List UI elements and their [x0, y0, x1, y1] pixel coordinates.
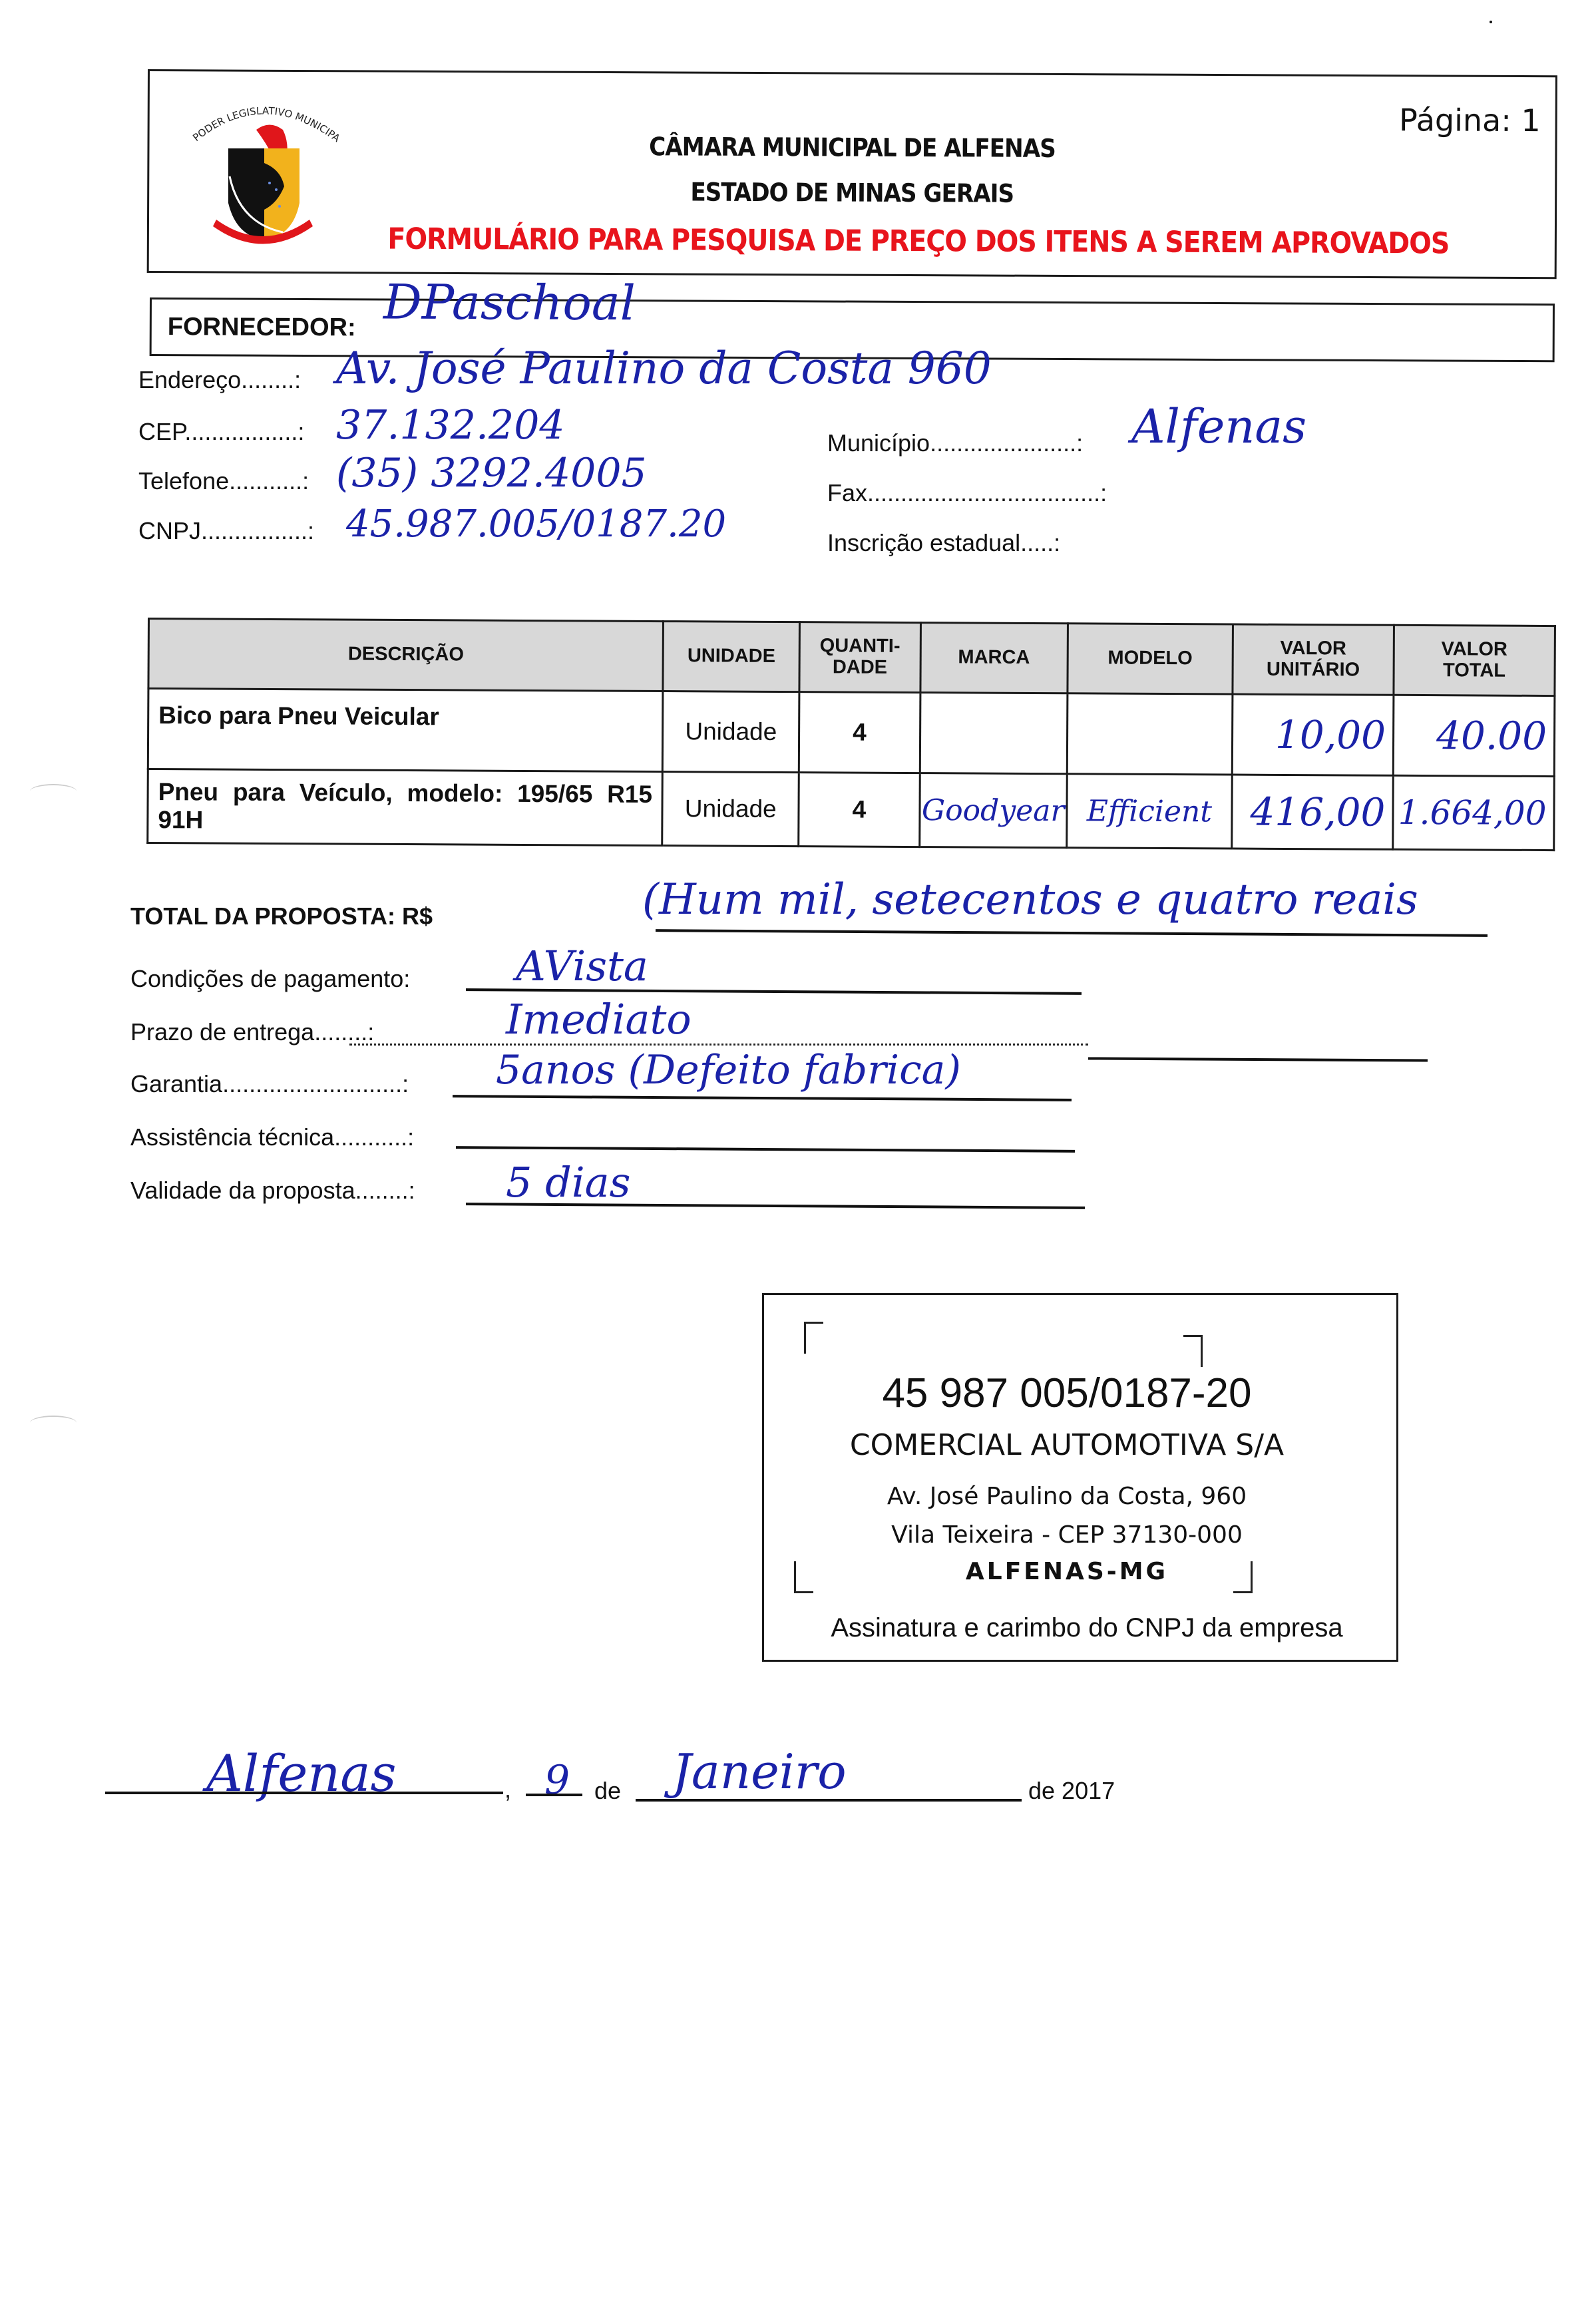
stamp-address-line1: Av. José Paulino da Costa, 960 [737, 1483, 1396, 1510]
item-unit-price[interactable]: 10,00 [1232, 694, 1394, 775]
municipality-label: Município......................: [827, 429, 1083, 457]
stamp-cnpj: 45 987 005/0187-20 [737, 1370, 1396, 1417]
col-total-price: VALOR TOTAL [1394, 625, 1555, 695]
col-unit: UNIDADE [663, 622, 799, 692]
total-proposal-label: TOTAL DA PROPOSTA: R$ [130, 902, 433, 930]
col-model: MODELO [1068, 624, 1233, 694]
item-brand[interactable]: Goodyear [919, 773, 1067, 848]
date-day-value[interactable]: 9 [544, 1757, 570, 1804]
state-title: ESTADO DE MINAS GERAIS [149, 175, 1555, 210]
item-description: Pneu para Veículo, modelo: 195/65 R15 91… [148, 769, 663, 846]
item-description: Bico para Pneu Veicular [148, 689, 663, 772]
table-row: Pneu para Veículo, modelo: 195/65 R15 91… [148, 769, 1555, 851]
state-registration-label: Inscrição estadual.....: [827, 529, 1060, 557]
table-row: Bico para Pneu Veicular Unidade 4 10,00 … [148, 689, 1555, 777]
form-title: FORMULÁRIO PARA PESQUISA DE PREÇO DOS IT… [282, 222, 1555, 261]
svg-text:PODER LEGISLATIVO MUNICIPAL: PODER LEGISLATIVO MUNICIPAL [176, 90, 343, 144]
item-unit: Unidade [662, 772, 799, 847]
supplier-label: FORNECEDOR: [168, 313, 356, 342]
date-year-label: de 2017 [1028, 1777, 1115, 1805]
stamp-address-line2: Vila Teixeira - CEP 37130-000 [737, 1521, 1396, 1549]
payment-terms-label: Condições de pagamento: [130, 965, 410, 993]
cnpj-value[interactable]: 45.987.005/0187.20 [346, 502, 726, 546]
item-model[interactable]: Efficient [1067, 774, 1233, 849]
address-label: Endereço........: [138, 366, 301, 394]
proposal-validity-label: Validade da proposta........: [130, 1177, 415, 1205]
item-unit: Unidade [663, 691, 799, 773]
payment-terms-value[interactable]: AVista [516, 942, 648, 990]
item-model[interactable] [1067, 693, 1233, 775]
phone-label: Telefone...........: [138, 467, 309, 495]
coat-of-arms-logo: PODER LEGISLATIVO MUNICIPAL [176, 90, 349, 250]
technical-assistance-label: Assistência técnica...........: [130, 1123, 414, 1151]
delivery-time-label: Prazo de entrega........: [130, 1018, 374, 1046]
col-brand: MARCA [920, 623, 1068, 693]
municipality-value[interactable]: Alfenas [1131, 399, 1306, 454]
date-de-label: de [594, 1777, 621, 1805]
item-unit-price[interactable]: 416,00 [1232, 775, 1394, 849]
items-table: DESCRIÇÃO UNIDADE QUANTI- DADE MARCA MOD… [146, 618, 1556, 851]
stamp-company-name: COMERCIAL AUTOMOTIVA S/A [737, 1428, 1396, 1462]
cep-label: CEP.................: [138, 418, 304, 446]
stamp-box: 45 987 005/0187-20 COMERCIAL AUTOMOTIVA … [762, 1293, 1398, 1662]
coat-of-arms-icon: PODER LEGISLATIVO MUNICIPAL [176, 90, 349, 250]
item-brand[interactable] [920, 693, 1068, 774]
item-quantity: 4 [799, 773, 920, 847]
fax-label: Fax...................................: [827, 479, 1107, 507]
warranty-value[interactable]: 5anos (Defeito fabrica) [496, 1047, 961, 1093]
phone-value[interactable]: (35) 3292.4005 [336, 450, 647, 496]
stamp-city: ALFENAS-MG [737, 1558, 1396, 1585]
col-description: DESCRIÇÃO [148, 619, 664, 691]
col-quantity: QUANTI- DADE [799, 622, 920, 693]
stamp-corner [1183, 1335, 1203, 1367]
col-unit-price: VALOR UNITÁRIO [1233, 624, 1394, 695]
punch-hole-shadow [30, 1416, 77, 1430]
item-total-price[interactable]: 40.00 [1393, 695, 1555, 776]
stamp-caption: Assinatura e carimbo do CNPJ da empresa [777, 1613, 1396, 1643]
punch-hole-shadow [30, 784, 77, 799]
address-value[interactable]: Av. José Paulino da Costa 960 [336, 343, 992, 394]
header-box: Página: 1 CÂMARA MUNICIPAL DE ALFENAS ES… [147, 69, 1557, 279]
delivery-time-value[interactable]: Imediato [506, 995, 692, 1044]
item-total-price[interactable]: 1.664,00 [1393, 775, 1555, 850]
table-header-row: DESCRIÇÃO UNIDADE QUANTI- DADE MARCA MOD… [148, 619, 1555, 696]
date-month-value[interactable]: Janeiro [672, 1744, 847, 1800]
proposal-validity-value[interactable]: 5 dias [506, 1158, 630, 1207]
stamp-corner [804, 1322, 823, 1354]
date-comma: , [504, 1776, 511, 1804]
scan-dot [1490, 21, 1492, 23]
warranty-label: Garantia...........................: [130, 1070, 409, 1098]
total-proposal-value[interactable]: (Hum mil, setecentos e quatro reais [642, 875, 1418, 924]
institution-title: CÂMARA MUNICIPAL DE ALFENAS [149, 130, 1555, 165]
item-quantity: 4 [799, 692, 920, 773]
cnpj-label: CNPJ................: [138, 517, 314, 545]
cep-value[interactable]: 37.132.204 [336, 402, 565, 449]
page-number: Página: 1 [1399, 102, 1541, 138]
supplier-name-value[interactable]: DPaschoal [383, 274, 636, 331]
